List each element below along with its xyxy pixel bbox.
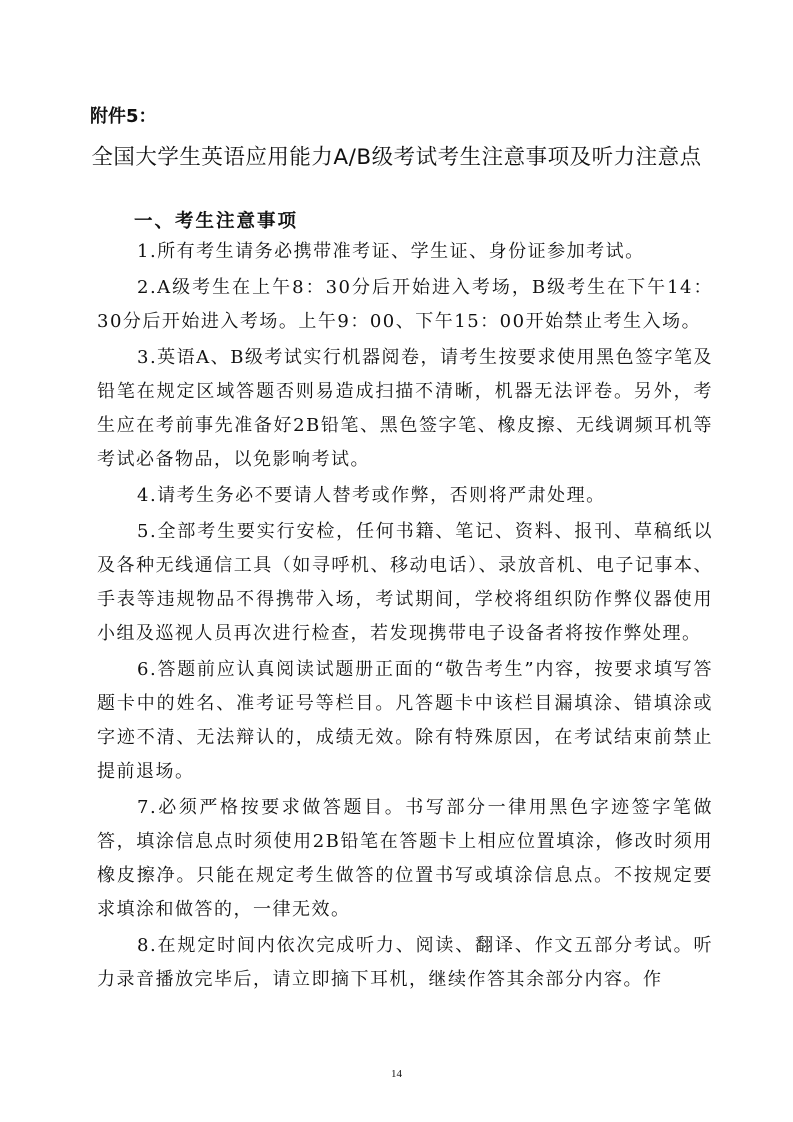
attachment-label: 附件5： <box>90 102 157 128</box>
paragraph-item-3: 3.英语A、B级考试实行机器阅卷，请考生按要求使用黑色签字笔及铅笔在规定区域答题… <box>97 341 713 477</box>
paragraph-item-8: 8.在规定时间内依次完成听力、阅读、翻译、作文五部分考试。听力录音播放完毕后，请… <box>97 929 713 997</box>
section-heading: 一、考生注意事项 <box>134 207 298 233</box>
paragraph-item-7: 7.必须严格按要求做答题目。书写部分一律用黑色字迹签字笔做答，填涂信息点时须使用… <box>97 791 713 927</box>
paragraph-item-5: 5.全部考生要实行安检，任何书籍、笔记、资料、报刊、草稿纸以及各种无线通信工具（… <box>97 515 713 651</box>
document-page: 附件5： 全国大学生英语应用能力A/B级考试考生注意事项及听力注意点 一、考生注… <box>0 0 793 1122</box>
document-body: 1.所有考生请务必携带准考证、学生证、身份证参加考试。 2.A级考生在上午8：3… <box>97 235 713 999</box>
paragraph-item-6: 6.答题前应认真阅读试题册正面的“敬告考生”内容，按要求填写答题卡中的姓名、准考… <box>97 653 713 789</box>
document-title: 全国大学生英语应用能力A/B级考试考生注意事项及听力注意点 <box>0 140 793 171</box>
paragraph-item-1: 1.所有考生请务必携带准考证、学生证、身份证参加考试。 <box>97 235 713 269</box>
page-number: 14 <box>0 1068 793 1080</box>
paragraph-item-2: 2.A级考生在上午8：30分后开始进入考场，B级考生在下午14：30分后开始进入… <box>97 271 713 339</box>
paragraph-item-4: 4.请考生务必不要请人替考或作弊，否则将严肃处理。 <box>97 479 713 513</box>
